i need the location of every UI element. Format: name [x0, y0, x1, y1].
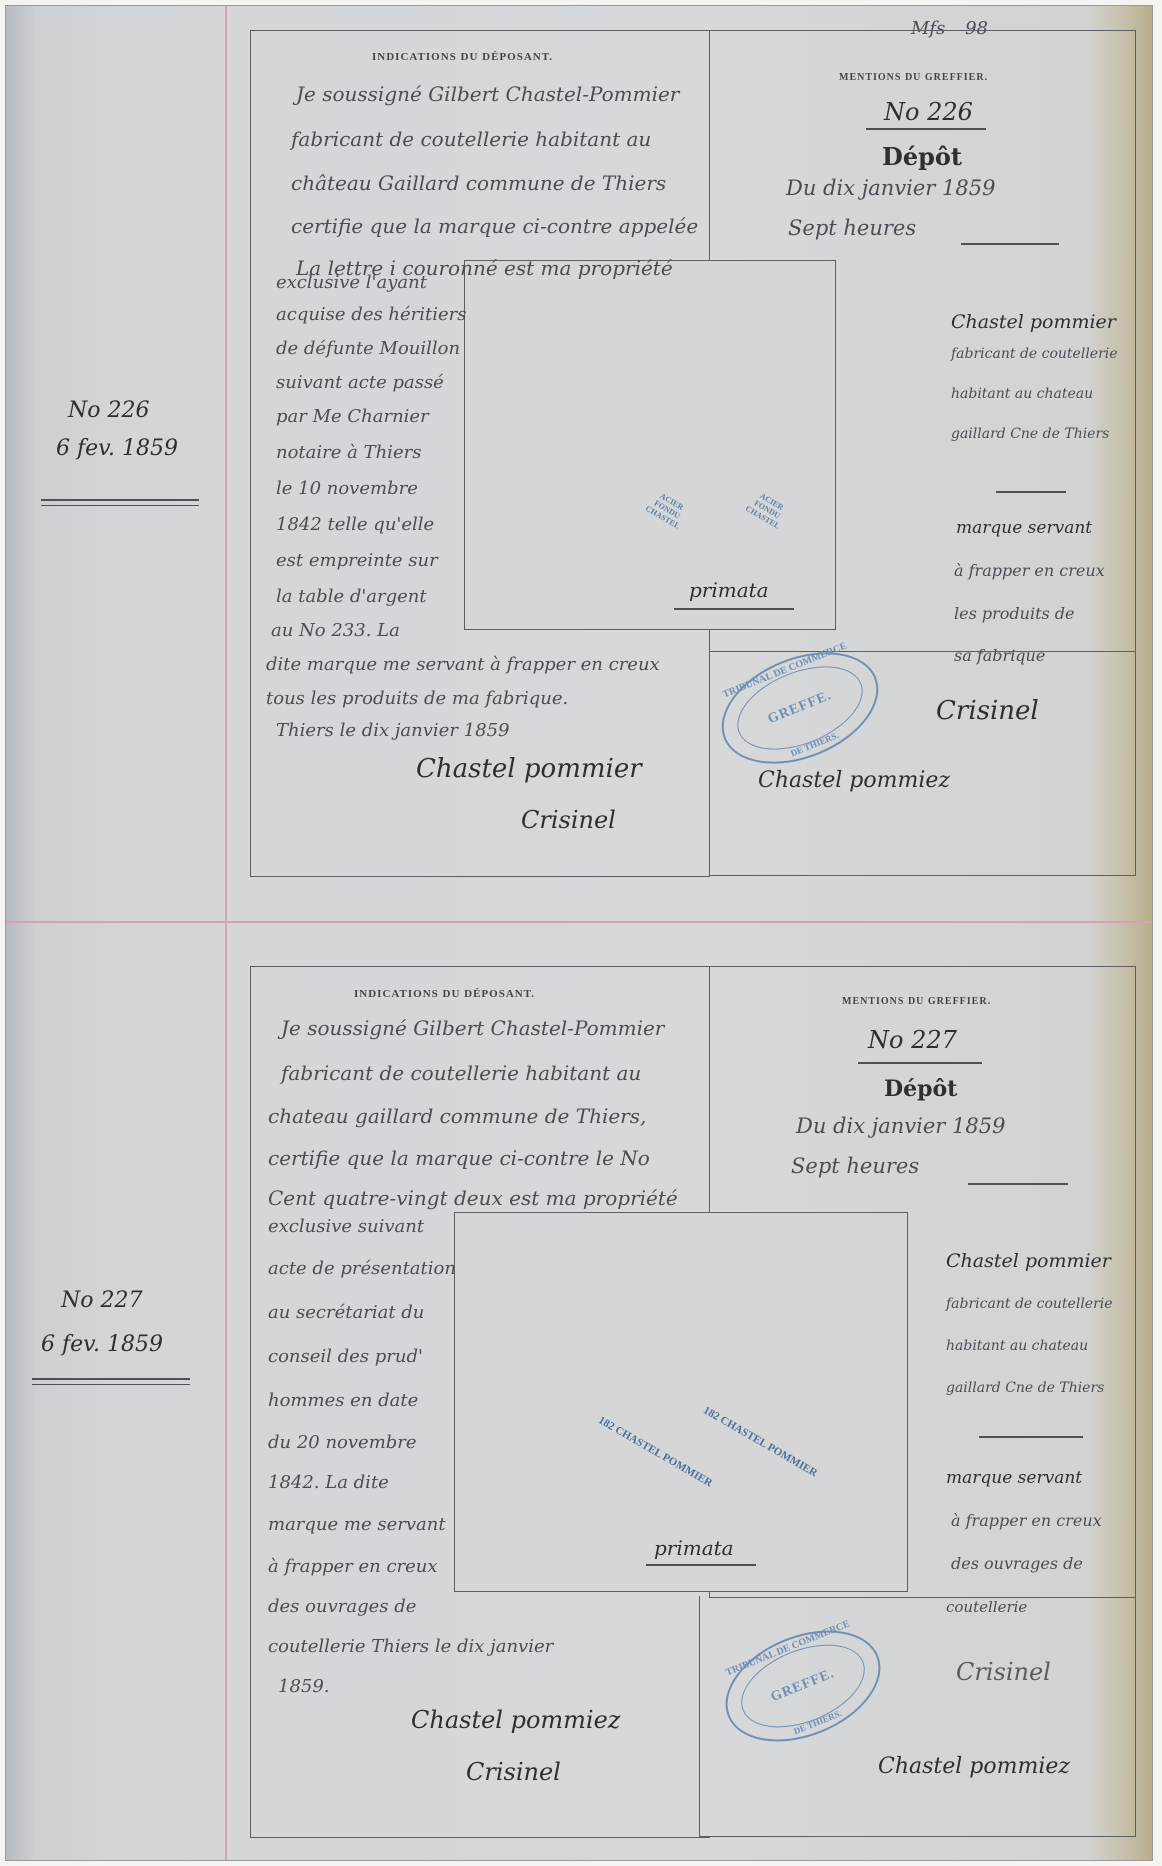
clerk-depositor-name: Chastel pommier — [951, 311, 1116, 333]
clerk-header: MENTIONS DU GREFFIER. — [842, 996, 991, 1007]
depositor-line: marque me servant — [268, 1514, 446, 1535]
depositor-line: au secrétariat du — [268, 1302, 424, 1323]
clerk-usage-line: marque servant — [946, 1468, 1082, 1488]
margin-underline — [41, 499, 199, 501]
depositor-header: INDICATIONS DU DÉPOSANT. — [372, 51, 553, 63]
depositor-line: 1842 telle qu'elle — [276, 514, 434, 535]
margin-number: No 227 — [61, 1288, 142, 1313]
depositor-line: château Gaillard commune de Thiers — [291, 171, 666, 195]
margin-underline — [41, 505, 199, 506]
margin-line-vertical — [225, 6, 227, 1860]
depositor-line: Cent quatre-vingt deux est ma propriété — [268, 1186, 678, 1210]
depositor-line: conseil des prud' — [268, 1346, 423, 1367]
clerk-time: Sept heures — [788, 216, 916, 240]
mark-box — [464, 260, 836, 630]
depositor-line: fabricant de coutellerie habitant au — [281, 1061, 641, 1085]
clerk-title: Dépôt — [884, 1076, 957, 1102]
depositor-line: Je soussigné Gilbert Chastel-Pommier — [296, 82, 679, 106]
margin-underline — [32, 1378, 190, 1380]
depositor-line: suivant acte passé — [276, 372, 444, 393]
depositor-line: du 20 novembre — [268, 1432, 417, 1453]
depositor-signature: Chastel pommiez — [411, 1706, 620, 1734]
clerk-usage-line: des ouvrages de — [951, 1554, 1083, 1573]
depositor-line: à frapper en creux — [268, 1556, 438, 1577]
depositor-line: le 10 novembre — [276, 478, 418, 499]
clerk-title: Dépôt — [882, 142, 962, 171]
clerk-column-depositor-signature: Chastel pommiez — [758, 768, 950, 793]
mark-label-underline — [674, 608, 794, 610]
depositor-line: exclusive l'ayant — [276, 272, 427, 293]
depositor-line: tous les produits de ma fabrique. — [266, 688, 568, 709]
margin-number: No 226 — [68, 398, 149, 423]
clerk-number-underline — [858, 1062, 982, 1064]
clerk-detail-line: gaillard Cne de Thiers — [951, 426, 1109, 442]
depositor-line: la table d'argent — [276, 586, 427, 607]
depositor-line: chateau gaillard commune de Thiers, — [268, 1104, 646, 1128]
clerk-usage-line: marque servant — [956, 518, 1092, 538]
depositor-line: acquise des héritiers — [276, 304, 467, 325]
depositor-line: Je soussigné Gilbert Chastel-Pommier — [281, 1016, 664, 1040]
clerk-divider — [968, 1183, 1068, 1185]
margin-date: 6 fev. 1859 — [56, 436, 178, 461]
depositor-line: hommes en date — [268, 1390, 418, 1411]
depositor-line: 1859. — [278, 1676, 330, 1697]
clerk-number: No 227 — [868, 1026, 957, 1054]
depositor-line: Thiers le dix janvier 1859 — [276, 720, 509, 741]
clerk-detail-line: fabricant de coutellerie — [951, 346, 1118, 362]
depositor-line: certifie que la marque ci-contre appelée — [291, 214, 698, 238]
depositor-line: 1842. La dite — [268, 1472, 389, 1493]
depositor-line: des ouvrages de — [268, 1596, 416, 1617]
margin-underline — [32, 1384, 190, 1385]
clerk-divider — [996, 491, 1066, 493]
mark-label-underline — [646, 1564, 756, 1566]
mark-label: primata — [654, 1536, 734, 1560]
depositor-line: certifie que la marque ci-contre le No — [268, 1146, 650, 1170]
clerk-signature: Crisinel — [466, 1758, 561, 1786]
mark-box — [454, 1212, 908, 1592]
depositor-signature: Chastel pommier — [416, 754, 642, 784]
clerk-divider — [979, 1436, 1083, 1438]
clerk-usage-line: sa fabrique — [954, 646, 1045, 665]
clerk-column-signature: Crisinel — [956, 1658, 1051, 1686]
depositor-line: coutellerie Thiers le dix janvier — [268, 1636, 553, 1657]
depositor-line: par Me Charnier — [276, 406, 429, 427]
clerk-number: No 226 — [884, 98, 973, 126]
clerk-detail-line: habitant au chateau — [951, 386, 1093, 402]
clerk-depositor-name: Chastel pommier — [946, 1250, 1111, 1272]
clerk-date: Du dix janvier 1859 — [796, 1114, 1005, 1138]
depositor-line: dite marque me servant à frapper en creu… — [266, 654, 660, 675]
clerk-detail-line: fabricant de coutellerie — [946, 1296, 1113, 1312]
clerk-usage-line: coutellerie — [946, 1598, 1027, 1616]
clerk-header: MENTIONS DU GREFFIER. — [839, 72, 988, 83]
depositor-header: INDICATIONS DU DÉPOSANT. — [354, 988, 535, 1000]
clerk-usage-line: les produits de — [954, 604, 1075, 623]
depositor-line: notaire à Thiers — [276, 442, 421, 463]
depositor-line: de défunte Mouillon — [276, 338, 460, 359]
margin-date: 6 fev. 1859 — [41, 1332, 163, 1357]
depositor-line: exclusive suivant — [268, 1216, 424, 1237]
clerk-number-underline — [866, 128, 986, 130]
clerk-column-depositor-signature: Chastel pommiez — [878, 1754, 1070, 1779]
clerk-usage-line: à frapper en creux — [951, 1511, 1102, 1530]
depositor-line: acte de présentation — [268, 1258, 456, 1279]
clerk-detail-line: gaillard Cne de Thiers — [946, 1380, 1104, 1396]
clerk-time: Sept heures — [791, 1154, 919, 1178]
depositor-line: fabricant de coutellerie habitant au — [291, 127, 651, 151]
clerk-column-signature: Crisinel — [936, 696, 1039, 726]
register-page: Mfs 98 No 226 6 fev. 1859 INDICATIONS DU… — [6, 6, 1152, 1860]
depositor-line: au No 233. La — [271, 620, 400, 641]
depositor-line: est empreinte sur — [276, 550, 438, 571]
clerk-usage-line: à frapper en creux — [954, 561, 1105, 580]
mark-label: primata — [689, 578, 769, 602]
clerk-detail-line: habitant au chateau — [946, 1338, 1088, 1354]
margin-line-horizontal — [6, 921, 1152, 923]
clerk-divider — [961, 243, 1059, 245]
clerk-date: Du dix janvier 1859 — [786, 176, 995, 200]
clerk-signature: Crisinel — [521, 806, 616, 834]
